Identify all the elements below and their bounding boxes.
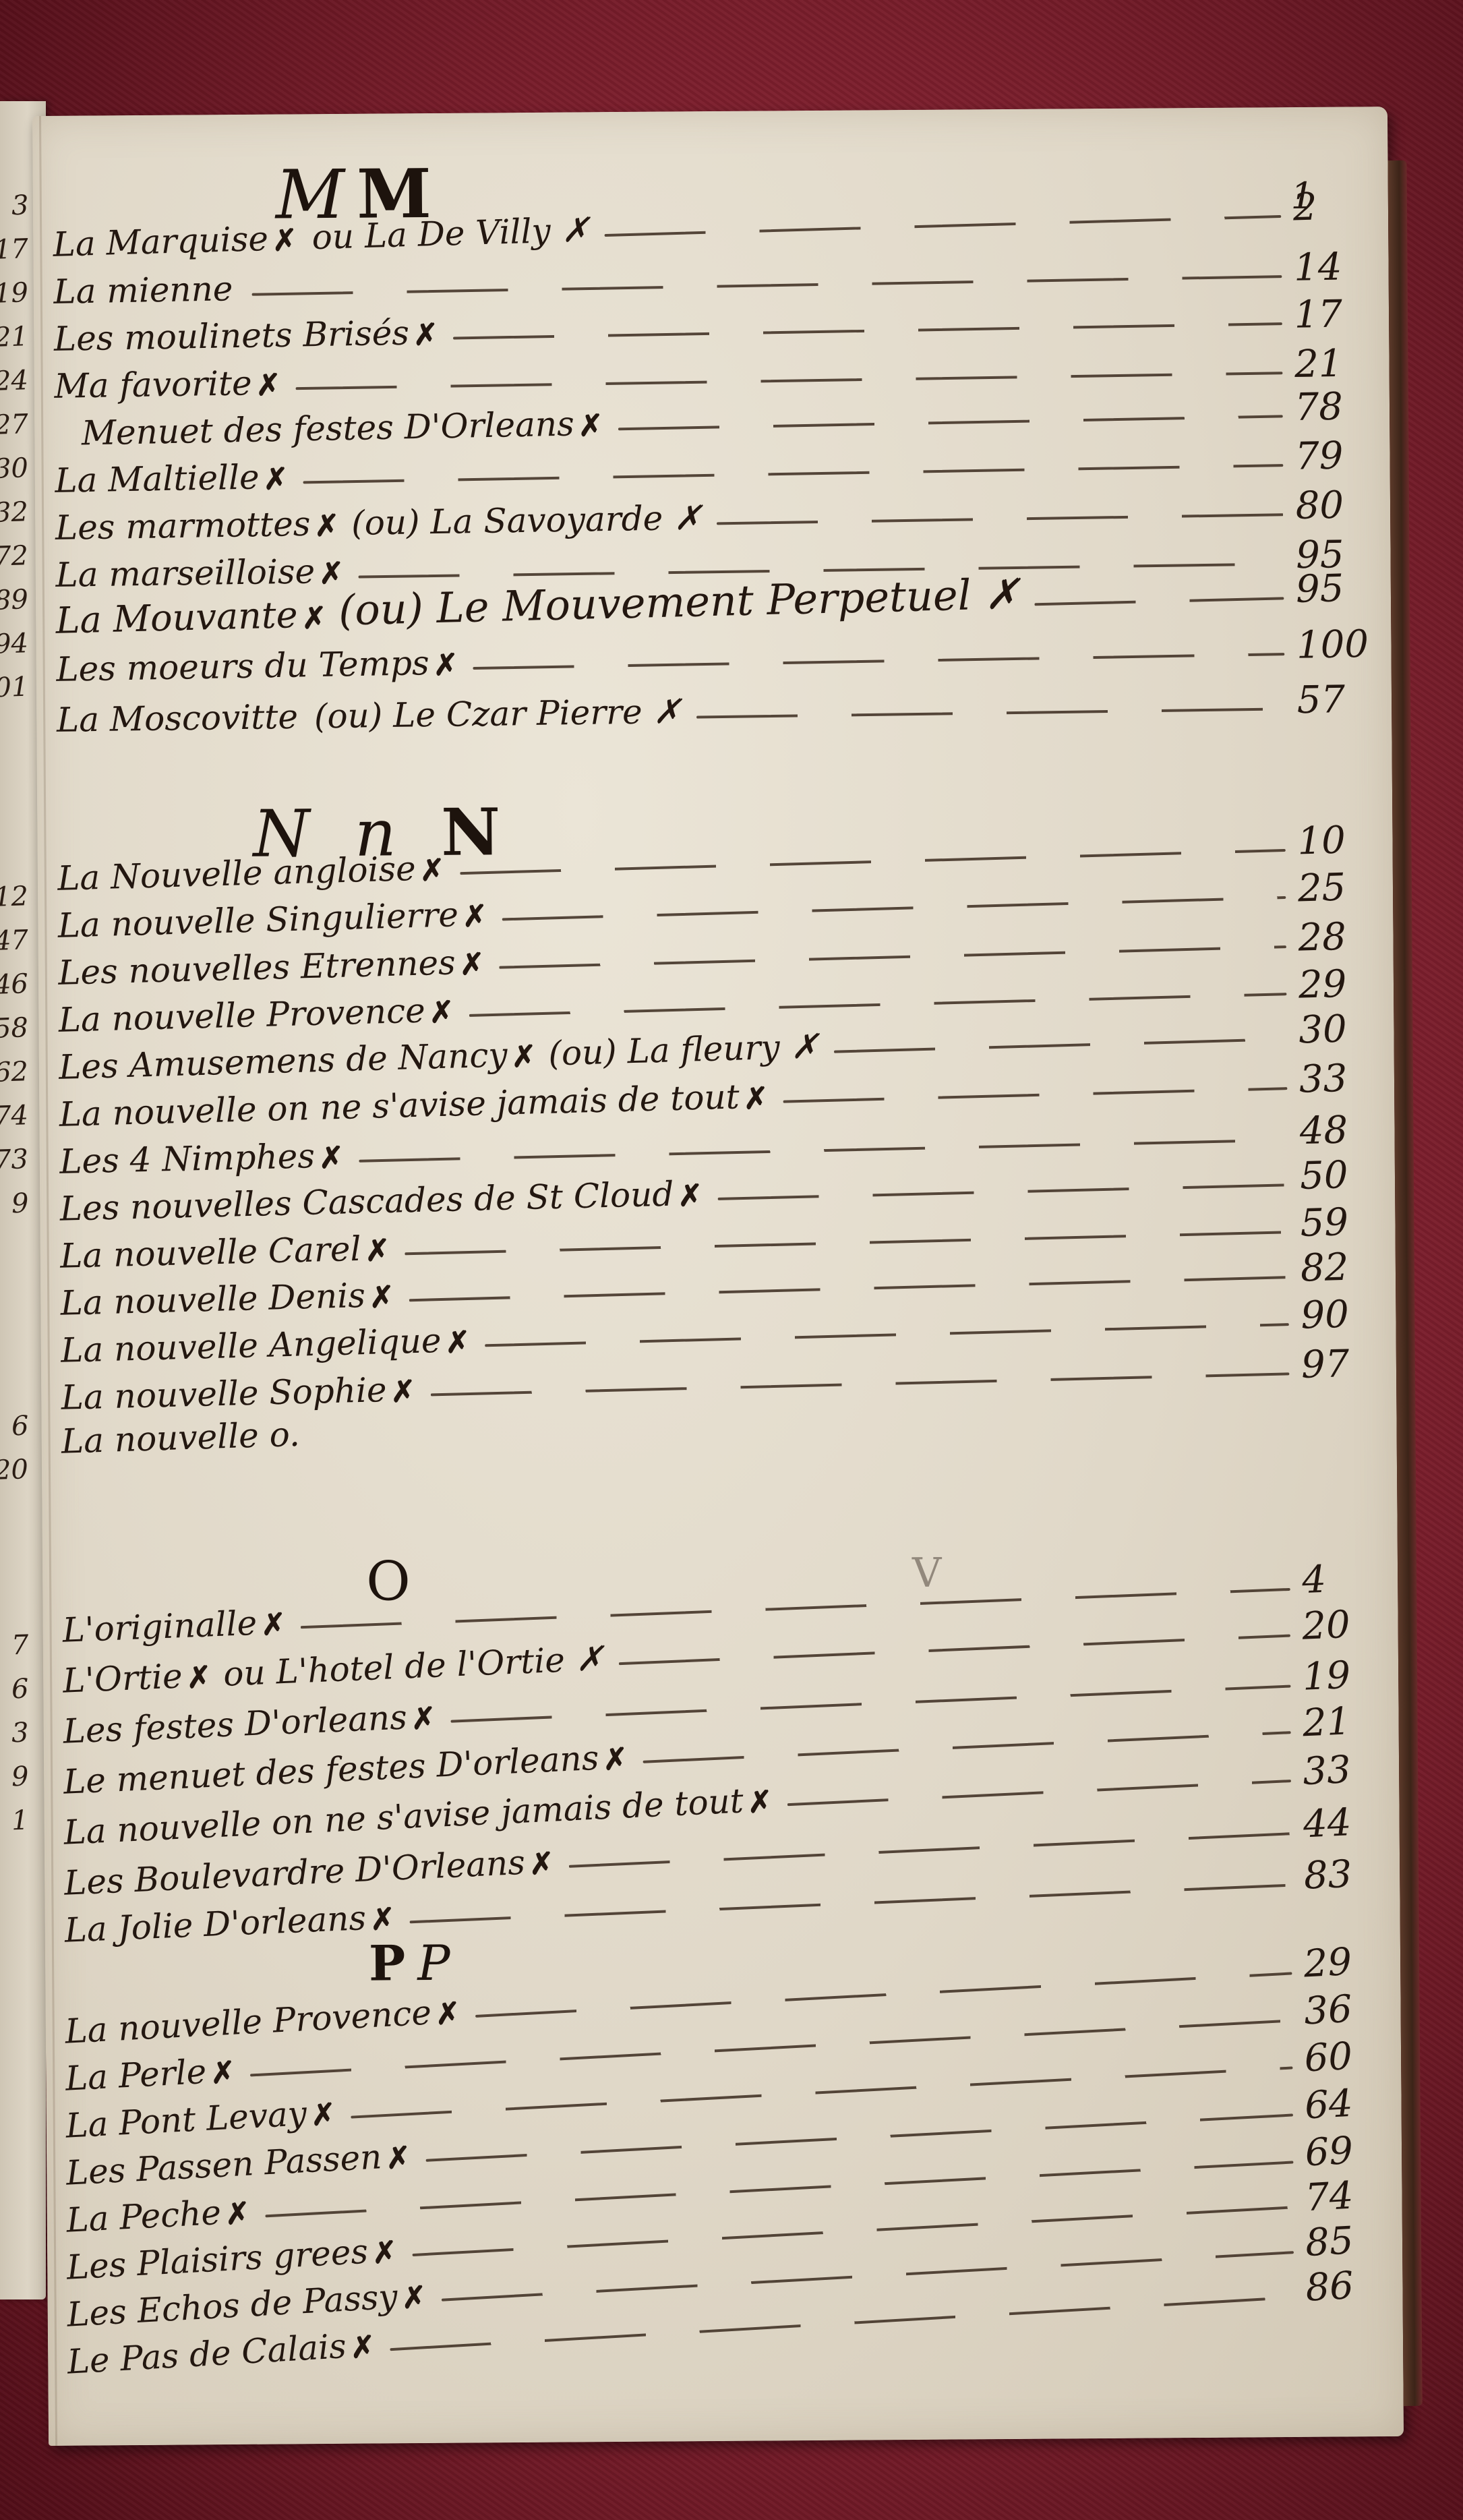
section-heading-p: PP xyxy=(369,1934,462,1992)
checked-x-mark: ✗ xyxy=(371,2235,398,2270)
checked-x-mark: ✗ xyxy=(318,1140,344,1175)
checked-x-mark: ✗ xyxy=(400,2280,427,2316)
page-number: 78 xyxy=(1294,384,1369,430)
page-number: 50 xyxy=(1299,1152,1375,1198)
page-number: 60 xyxy=(1303,2033,1379,2081)
checked-x-mark: ✗ xyxy=(310,2097,336,2133)
margin-number: 72 xyxy=(0,542,29,570)
checked-x-mark: ✗ xyxy=(272,223,297,258)
margin-number: 19 xyxy=(0,279,29,307)
margin-number: 12 xyxy=(0,883,29,911)
checked-x-mark: ✗ xyxy=(678,1179,703,1214)
page-number: 19 xyxy=(1302,1652,1378,1699)
checked-x-mark: ✗ xyxy=(578,409,603,444)
page-number: 21 xyxy=(1294,341,1369,386)
margin-number: 9 xyxy=(11,1763,29,1791)
checked-x-mark: ✗ xyxy=(186,1660,212,1695)
checked-x-mark: ✗ xyxy=(445,1325,471,1360)
dash-leader xyxy=(1034,597,1284,606)
page-number: 33 xyxy=(1302,1747,1378,1794)
checked-x-mark: ✗ xyxy=(411,1701,437,1736)
checked-x-mark: ✗ xyxy=(314,508,340,544)
margin-number: 3 xyxy=(11,1720,29,1747)
dash-leader xyxy=(717,1183,1288,1200)
checked-x-mark: ✗ xyxy=(301,601,327,636)
page-number: 25 xyxy=(1297,865,1373,910)
margin-number: 30 xyxy=(0,455,29,483)
dash-leader xyxy=(834,1038,1287,1053)
page-number: 29 xyxy=(1298,962,1373,1007)
page-number: 14 xyxy=(1294,245,1369,290)
page-number: 48 xyxy=(1299,1108,1374,1153)
margin-number: 74 xyxy=(0,1102,29,1130)
manuscript-page: MM 1 La Marquise ✗ ou La De Villy ✗ 2 La… xyxy=(32,107,1404,2446)
margin-number: 27 xyxy=(0,411,29,439)
checked-x-mark: ✗ xyxy=(459,947,485,982)
checked-x-mark: ✗ xyxy=(747,1784,773,1820)
checked-x-mark: ✗ xyxy=(365,1233,390,1268)
dash-leader xyxy=(618,415,1283,430)
page-number: 36 xyxy=(1303,1986,1379,2034)
margin-number: 89 xyxy=(0,586,29,614)
checked-x-mark: ✗ xyxy=(419,853,445,888)
checked-x-mark: ✗ xyxy=(433,647,458,682)
checked-x-mark: ✗ xyxy=(369,1280,394,1315)
page-number: 44 xyxy=(1303,1799,1379,1846)
margin-number: 101 xyxy=(0,674,29,703)
checked-x-mark: ✗ xyxy=(260,1607,287,1642)
page-number: 21 xyxy=(1302,1698,1378,1745)
page-number: 2 xyxy=(1292,183,1368,229)
margin-number: 20 xyxy=(0,1456,29,1484)
page-number: 29 xyxy=(1303,1939,1379,1987)
margin-number: 47 xyxy=(0,927,29,955)
checked-x-mark: ✗ xyxy=(385,2140,411,2176)
margin-number: 32 xyxy=(0,498,29,527)
page-number: 57 xyxy=(1296,678,1371,723)
margin-number: 73 xyxy=(0,1146,29,1174)
page-number: 33 xyxy=(1298,1056,1374,1102)
dash-leader xyxy=(605,215,1282,237)
book-binding-edge xyxy=(1387,160,1422,2406)
page-number: 100 xyxy=(1296,622,1371,668)
margin-number: 3 xyxy=(11,192,29,220)
dash-leader xyxy=(783,1087,1288,1103)
page-number: 17 xyxy=(1294,292,1369,337)
margin-number: 58 xyxy=(0,1014,29,1043)
page-number: 80 xyxy=(1295,483,1370,528)
checked-x-mark: ✗ xyxy=(210,2055,236,2091)
checked-x-mark: ✗ xyxy=(529,1846,555,1882)
page-number: 64 xyxy=(1304,2080,1380,2128)
margin-number: 7 xyxy=(11,1632,29,1660)
margin-number: 6 xyxy=(11,1413,29,1440)
checked-x-mark: ✗ xyxy=(602,1742,628,1778)
page-number: 86 xyxy=(1305,2262,1381,2310)
margin-number: 46 xyxy=(0,970,29,999)
margin-number: 24 xyxy=(0,367,29,395)
page-number: 30 xyxy=(1298,1006,1373,1052)
checked-x-mark: ✗ xyxy=(256,368,281,403)
checked-x-mark: ✗ xyxy=(743,1081,769,1116)
page-number: 69 xyxy=(1304,2128,1380,2175)
dash-leader xyxy=(696,707,1285,718)
checked-x-mark: ✗ xyxy=(462,899,487,934)
margin-number: 94 xyxy=(0,630,29,658)
dash-leader xyxy=(473,653,1285,670)
checked-x-mark: ✗ xyxy=(435,1996,461,2032)
page-number: 10 xyxy=(1297,817,1373,863)
page-number: 59 xyxy=(1300,1200,1375,1246)
checked-x-mark: ✗ xyxy=(511,1039,537,1074)
page-number xyxy=(1302,1420,1376,1422)
margin-number: 62 xyxy=(0,1058,29,1086)
page-number: 4 xyxy=(1301,1556,1377,1602)
page-number: 74 xyxy=(1304,2172,1380,2220)
dash-leader xyxy=(453,322,1282,339)
margin-number: 1 xyxy=(11,1807,29,1835)
checked-x-mark: ✗ xyxy=(413,318,439,353)
page-number: 95 xyxy=(1295,566,1371,612)
checked-x-mark: ✗ xyxy=(349,2330,376,2366)
checked-x-mark: ✗ xyxy=(263,462,289,497)
page-number: 83 xyxy=(1303,1851,1379,1898)
margin-number: 17 xyxy=(0,235,29,264)
checked-x-mark: ✗ xyxy=(225,2196,251,2232)
checked-x-mark: ✗ xyxy=(369,1902,396,1937)
page-number: 85 xyxy=(1304,2217,1380,2265)
page-number: 20 xyxy=(1301,1602,1377,1649)
page-number: 28 xyxy=(1298,914,1373,960)
margin-number: 9 xyxy=(11,1190,29,1218)
page-number: 82 xyxy=(1300,1245,1375,1291)
page-number: 90 xyxy=(1301,1292,1376,1338)
dash-leader xyxy=(410,1884,1292,1924)
margin-number: 6 xyxy=(11,1676,29,1703)
margin-number: 21 xyxy=(0,323,29,351)
dash-leader xyxy=(717,513,1284,525)
dash-leader xyxy=(303,464,1284,484)
checked-x-mark: ✗ xyxy=(429,995,454,1030)
page-number: 79 xyxy=(1295,434,1370,479)
dash-leader xyxy=(787,1780,1291,1806)
